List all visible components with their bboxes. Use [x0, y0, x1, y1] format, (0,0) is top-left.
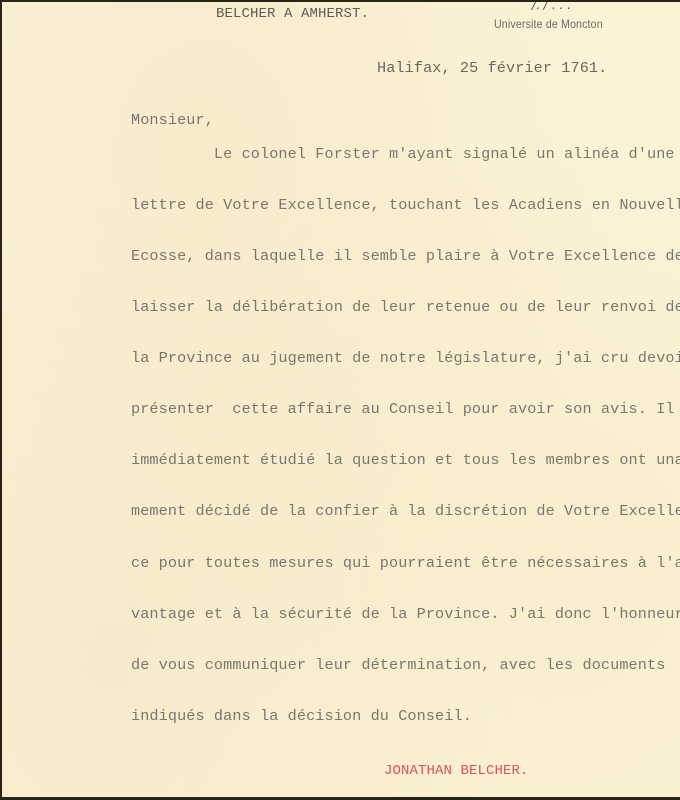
body-line: ce pour toutes mesures qui pourraient êt…	[131, 554, 680, 572]
body-line: indiqués dans la décision du Conseil.	[131, 707, 472, 725]
handwritten-marginalia: /. / . . .	[532, 2, 622, 8]
archive-stamp: Universite de Moncton	[494, 17, 603, 31]
body-line: Le colonel Forster m'ayant signalé un al…	[131, 145, 675, 163]
body-line: Ecosse, dans laquelle il semble plaire à…	[131, 247, 680, 265]
salutation: Monsieur,	[131, 111, 214, 129]
body-line: laisser la délibération de leur retenue …	[131, 298, 680, 316]
body-line: lettre de Votre Excellence, touchant les…	[131, 196, 680, 214]
body-line: immédiatement étudié la question et tous…	[131, 451, 680, 469]
body-line: présenter cette affaire au Conseil pour …	[131, 400, 680, 418]
body-line: vantage et à la sécurité de la Province.…	[131, 605, 680, 623]
dateline: Halifax, 25 février 1761.	[377, 59, 607, 77]
body-line: la Province au jugement de notre législa…	[131, 349, 680, 367]
body-line: de vous communiquer leur détermination, …	[131, 656, 665, 674]
letter-heading: BELCHER A AMHERST.	[216, 6, 369, 22]
signature: JONATHAN BELCHER.	[384, 763, 529, 779]
document-page: /. / . . . BELCHER A AMHERST. Universite…	[2, 2, 680, 797]
body-line: mement décidé de la confier à la discrét…	[131, 502, 680, 520]
